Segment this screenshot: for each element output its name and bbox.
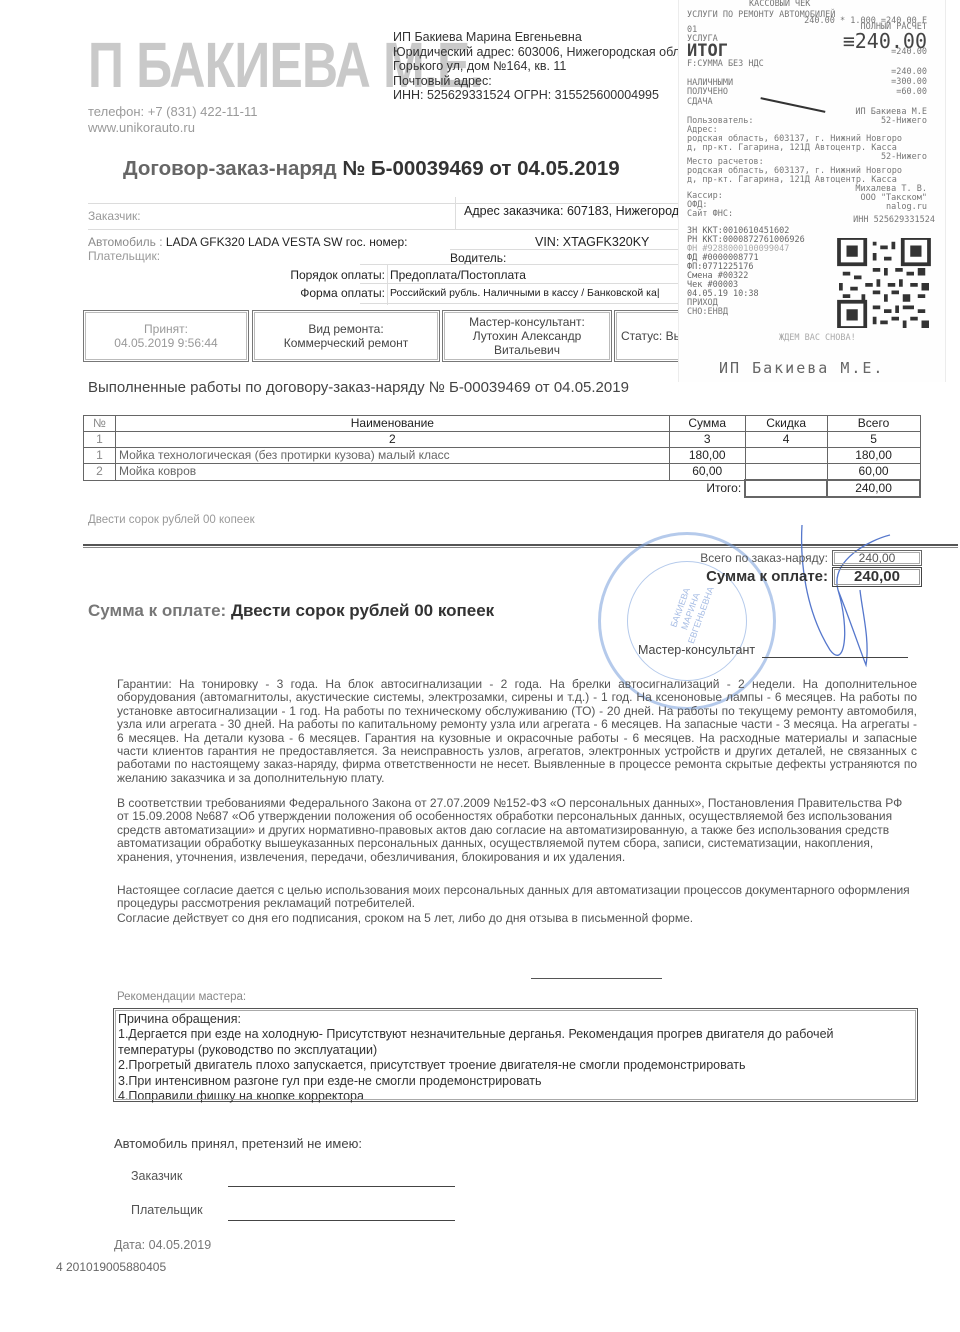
row-num: 2 [84, 464, 116, 481]
car-value: LADA GFK320 LADA VESTA SW [166, 235, 343, 249]
consent-text: В соответствии требованиями Федерального… [117, 797, 917, 864]
amount-in-words: Двести сорок рублей 00 копеек [88, 514, 255, 526]
col-number: 1 [84, 432, 116, 448]
plate-label: гос. номер: [346, 235, 408, 249]
receipt-line: =240.00 [891, 68, 927, 77]
receipt-line: ИНН 525629331524 [853, 216, 935, 225]
payer-signature-label: Плательщик [131, 1203, 203, 1217]
recommendation-item: 4.Поправили фишку на кнопке корректора [118, 1089, 913, 1104]
receipt-line: 52-Нижего [881, 153, 927, 162]
repair-type-value: Коммерческий ремонт [253, 336, 439, 350]
title-lead: Договор-заказ-наряд [123, 157, 337, 180]
receipt-line: nalog.ru [886, 203, 927, 212]
col-discount-header: Скидка [745, 416, 827, 432]
repair-type-label: Вид ремонта: [253, 322, 439, 336]
receipt-line: =300.00 [891, 78, 927, 87]
payer-signature-line[interactable] [228, 1220, 455, 1221]
payment-form-value: Российский рубль. Наличными в кассу / Ба… [390, 287, 693, 299]
table-header-row: № Наименование Сумма Скидка Всего [84, 416, 921, 432]
acceptance-date: Дата: 04.05.2019 [114, 1238, 211, 1252]
col-number: 3 [669, 432, 745, 448]
signature-icon [790, 520, 900, 670]
payment-order-label: Порядок оплаты: [275, 268, 385, 282]
divider [360, 283, 693, 284]
row-sum: 60,00 [669, 464, 745, 481]
to-pay-words-value: Двести сорок рублей 00 копеек [231, 601, 494, 620]
master-name-2: Витальевич [443, 343, 611, 357]
table-total-row: Итого: 240,00 [84, 480, 921, 497]
table-column-numbers-row: 1 2 3 4 5 [84, 432, 921, 448]
divider [450, 249, 693, 250]
col-name-header: Наименование [115, 416, 669, 432]
col-number: 2 [115, 432, 669, 448]
row-total: 60,00 [827, 464, 920, 481]
receipt-line: СДАЧА [687, 98, 713, 107]
reason-label: Причина обращения: [118, 1012, 913, 1027]
col-sum-header: Сумма [669, 416, 745, 432]
receipt-line: ЖДЕМ ВАС СНОВА! [779, 334, 856, 343]
payment-form-label: Форма оплаты: [275, 286, 385, 300]
consent-purpose-text: Настоящее согласие дается с целью исполь… [117, 884, 917, 911]
payer-label: Плательщик: [88, 249, 160, 263]
document-title: Договор-заказ-наряд № Б-00039469 от 04.0… [123, 157, 620, 181]
client-address: Адрес заказчика: 607183, Нижегород [464, 204, 679, 218]
client-label: Заказчик: [88, 209, 141, 223]
row-discount [745, 448, 827, 464]
total-value: 240,00 [827, 480, 920, 497]
car-row: Автомобиль : LADA GFK320 LADA VESTA SW г… [88, 235, 407, 249]
master-signature-label: Мастер-консультант [638, 643, 755, 657]
col-total-header: Всего [827, 416, 920, 432]
title-number: № Б-00039469 от 04.05.2019 [342, 157, 619, 180]
receipt-line: Сайт ФНС: [687, 210, 733, 219]
vin: VIN: XTAGFK320KY [535, 235, 649, 249]
col-number: 4 [745, 432, 827, 448]
client-signature-line[interactable] [228, 1186, 455, 1187]
recommendations-label: Рекомендации мастера: [117, 991, 246, 1003]
divider [360, 264, 693, 265]
recommendation-item: 1.Дергается при езде на холодную- Присут… [118, 1027, 913, 1058]
order-total-label: Всего по заказ-наряду: [640, 551, 828, 565]
receipt-line: СНО:ЕНВД [687, 308, 728, 317]
total-label: Итого: [669, 480, 745, 497]
receipt-line: =240.00 [891, 48, 927, 57]
spacer [115, 480, 669, 497]
row-sum: 180,00 [669, 448, 745, 464]
consent-validity-text: Согласие действует со дня его подписания… [117, 912, 917, 925]
qr-code-icon [836, 238, 932, 328]
divider [455, 197, 456, 229]
to-pay-words: Сумма к оплате: Двести сорок рублей 00 к… [88, 601, 494, 621]
accepted-value: 04.05.2019 9:56:44 [84, 336, 248, 350]
consent-signature-line[interactable] [531, 978, 662, 979]
accepted-box: Принят: 04.05.2019 9:56:44 [83, 310, 249, 362]
accepted-label: Принят: [84, 322, 248, 336]
recommendation-item: 3.При интенсивном разгоне гул при езде-н… [118, 1074, 913, 1089]
warranty-text: Гарантии: На тонировку - 3 года. На блок… [117, 678, 917, 785]
row-name: Мойка ковров [115, 464, 669, 481]
order-total-value: 240,00 [832, 550, 922, 566]
row-name: Мойка технологическая (без протирки кузо… [115, 448, 669, 464]
client-signature-label: Заказчик [131, 1169, 182, 1183]
row-total: 180,00 [827, 448, 920, 464]
contacts: телефон: +7 (831) 422-11-11 www.unikorau… [88, 104, 257, 136]
master-name-1: Лутохин Александр [443, 329, 611, 343]
legal-address: Юридический адрес: 603006, Нижегородская… [393, 45, 680, 60]
works-table: № Наименование Сумма Скидка Всего 1 2 3 … [83, 415, 921, 498]
divider [387, 265, 388, 305]
recommendation-item: 2.Прогретый двигатель плохо запускается,… [118, 1058, 913, 1073]
receipt-line: 52-Нижего [881, 117, 927, 126]
col-number: 5 [827, 432, 920, 448]
works-heading: Выполненные работы по договору-заказ-нар… [88, 379, 629, 396]
repair-type-box: Вид ремонта: Коммерческий ремонт [252, 310, 440, 362]
acceptance-heading: Автомобиль принял, претензий не имею: [114, 1136, 362, 1151]
driver-label: Водитель: [450, 251, 506, 265]
divider [88, 229, 693, 230]
company-name: ИП Бакиева Марина Евгеньевна [393, 30, 680, 45]
divider [360, 303, 693, 304]
receipt-total-label: ИТОГ [687, 42, 728, 60]
receipt-line: ИП Бакиева М.Е. [719, 360, 884, 376]
phone: телефон: +7 (831) 422-11-11 [88, 104, 257, 120]
receipt-line: F:СУММА БЕЗ НДС [687, 60, 764, 69]
master-label: Мастер-консультант: [443, 315, 611, 329]
recommendations-box: Причина обращения: 1.Дергается при езде … [113, 1008, 918, 1102]
receipt-line: д, пр-кт. Гагарина, 121Д Автоцентр. Касс… [687, 144, 897, 153]
master-signature-line[interactable] [762, 657, 908, 658]
tax-ids: ИНН: 525629331524 ОГРН: 315525600004995 [393, 88, 680, 103]
to-pay-value: 240,00 [832, 567, 922, 587]
spacer [84, 480, 116, 497]
receipt-line: =60.00 [896, 88, 927, 97]
receipt-line: ПОЛУЧЕНО [687, 88, 728, 97]
payment-order-value: Предоплата/Постоплата [390, 268, 526, 282]
table-row: 1 Мойка технологическая (без протирки ку… [84, 448, 921, 464]
col-num-header: № [84, 416, 116, 432]
website-link[interactable]: www.unikorauto.ru [88, 120, 257, 136]
legal-address-street: Горького ул, дом №164, кв. 11 [393, 59, 680, 74]
row-num: 1 [84, 448, 116, 464]
master-box: Мастер-консультант: Лутохин Александр Ви… [442, 310, 612, 362]
postal-address: Почтовый адрес: [393, 74, 680, 89]
receipt-line: КАССОВЫЙ ЧЕК [749, 0, 810, 9]
cash-receipt: КАССОВЫЙ ЧЕК УСЛУГИ ПО РЕМОНТУ АВТОМОБИЛ… [678, 0, 946, 382]
company-details: ИП Бакиева Марина Евгеньевна Юридический… [393, 30, 680, 103]
car-label: Автомобиль : [88, 235, 163, 249]
row-discount [745, 464, 827, 481]
to-pay-words-label: Сумма к оплате: [88, 601, 226, 620]
total-discount [745, 480, 827, 497]
table-row: 2 Мойка ковров 60,00 60,00 [84, 464, 921, 481]
barcode-number: 4 201019005880405 [56, 1260, 166, 1274]
to-pay-label: Сумма к оплате: [620, 568, 828, 585]
